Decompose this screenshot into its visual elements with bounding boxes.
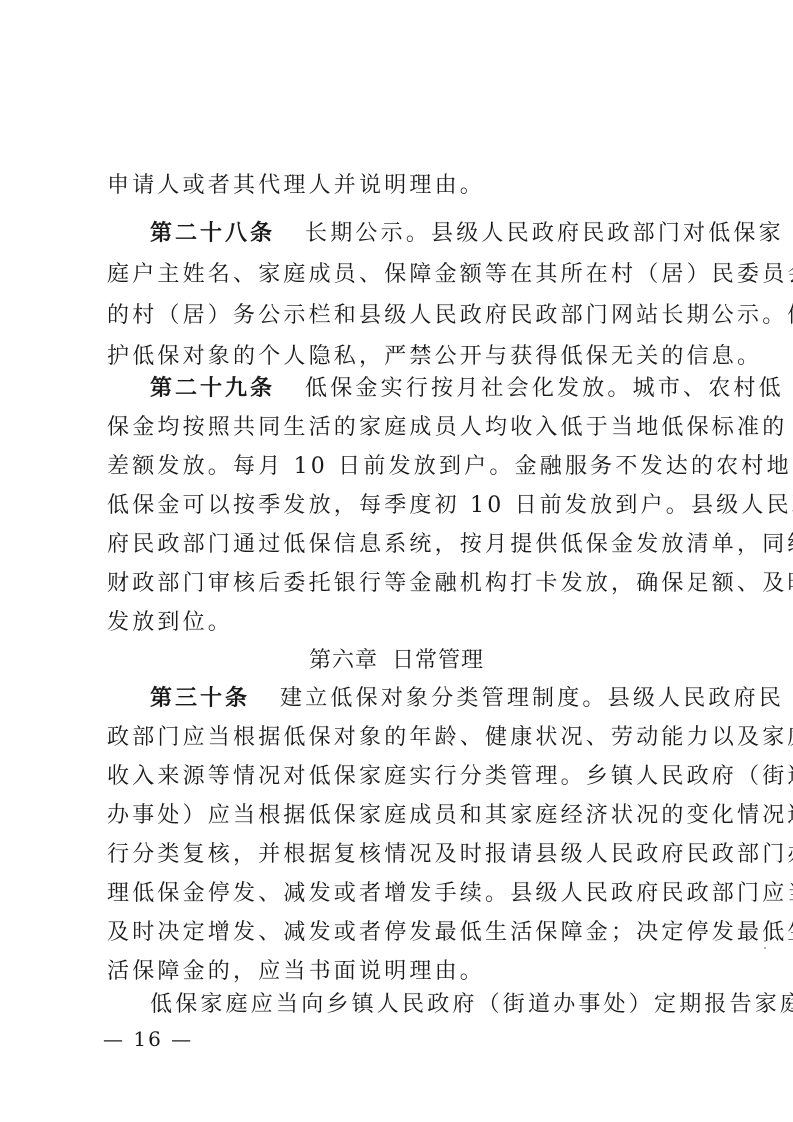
text-line: 收入来源等情况对低保家庭实行分类管理。乡镇人民政府（街道 <box>107 762 697 792</box>
text-line: 行分类复核，并根据复核情况及时报请县级人民政府民政部门办 <box>107 840 697 870</box>
text-line: 府民政部门通过低保信息系统，按月提供低保金发放清单，同级 <box>107 530 697 560</box>
chapter-number: 第六章 <box>309 648 378 673</box>
article-29-heading-line: 第二十九条低保金实行按月社会化发放。城市、农村低 <box>150 374 740 404</box>
article-text: 长期公示。县级人民政府民政部门对低保家 <box>305 221 784 246</box>
text-line: 发放到位。 <box>107 608 697 638</box>
text-line: 办事处）应当根据低保家庭成员和其家庭经济状况的变化情况进 <box>107 801 697 831</box>
text-line: 活保障金的，应当书面说明理由。 <box>107 957 697 987</box>
text-line: 护低保对象的个人隐私，严禁公开与获得低保无关的信息。 <box>107 342 697 372</box>
article-number: 第二十八条 <box>150 221 275 246</box>
text-line: 低保家庭应当向乡镇人民政府（街道办事处）定期报告家庭 <box>150 990 740 1020</box>
text-line: 差额发放。每月 10 日前发放到户。金融服务不发达的农村地区， <box>107 452 697 482</box>
text-line: 及时决定增发、减发或者停发最低生活保障金；决定停发最低生 <box>107 918 697 948</box>
page-number: — 16 — <box>103 1026 193 1052</box>
text-line: 理低保金停发、减发或者增发手续。县级人民政府民政部门应当 <box>107 879 697 909</box>
article-number: 第二十九条 <box>150 376 275 401</box>
chapter-title: 日常管理 <box>392 648 484 673</box>
text-line: 申请人或者其代理人并说明理由。 <box>107 171 697 201</box>
scan-speck <box>764 940 766 942</box>
article-number: 第三十条 <box>150 686 250 711</box>
chapter-heading: 第六章日常管理 <box>0 646 793 676</box>
text-line: 庭户主姓名、家庭成员、保障金额等在其所在村（居）民委员会 <box>107 260 697 290</box>
text-line: 财政部门审核后委托银行等金融机构打卡发放，确保足额、及时 <box>107 569 697 599</box>
scan-speck <box>764 947 766 949</box>
text-line: 保金均按照共同生活的家庭成员人均收入低于当地低保标准的 <box>107 413 697 443</box>
text-line: 低保金可以按季发放，每季度初 10 日前发放到户。县级人民政 <box>107 491 697 521</box>
text-line: 政部门应当根据低保对象的年龄、健康状况、劳动能力以及家庭 <box>107 723 697 753</box>
article-text: 低保金实行按月社会化发放。城市、农村低 <box>305 376 784 401</box>
text-line: 的村（居）务公示栏和县级人民政府民政部门网站长期公示。保 <box>107 301 697 331</box>
article-28-heading-line: 第二十八条长期公示。县级人民政府民政部门对低保家 <box>150 219 740 249</box>
article-30-heading-line: 第三十条建立低保对象分类管理制度。县级人民政府民 <box>150 684 740 714</box>
article-text: 建立低保对象分类管理制度。县级人民政府民 <box>280 686 784 711</box>
